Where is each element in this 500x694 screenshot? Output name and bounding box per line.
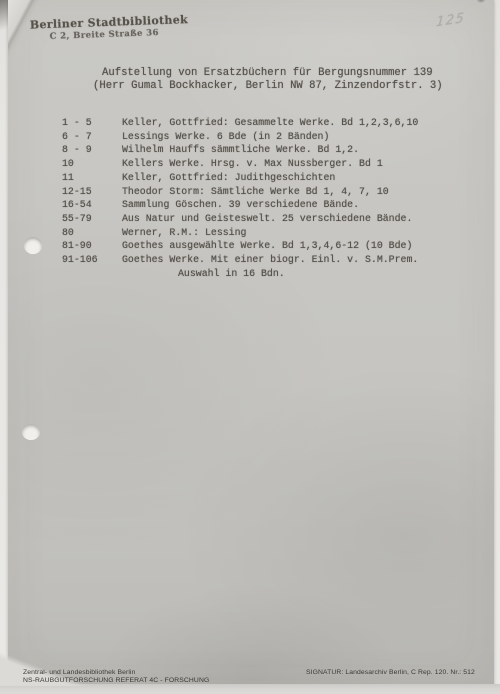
list-entry: 91-106Goethes Werke. Mit einer biogr. Ei… <box>62 253 418 280</box>
book-list: 1 - 5Keller, Gottfried: Gesammelte Werke… <box>62 116 418 280</box>
entry-description: Keller, Gottfried: Judithgeschichten <box>122 171 335 185</box>
list-entry: 81-90Goethes ausgewählte Werke. Bd 1,3,4… <box>62 239 418 253</box>
entry-range: 91-106 <box>62 253 122 280</box>
entry-description: Theodor Storm: Sämtliche Werke Bd 1, 4, … <box>122 185 389 199</box>
entry-description: Keller, Gottfried: Gesammelte Werke. Bd … <box>122 116 418 130</box>
entry-description-continuation: Auswahl in 16 Bdn. <box>122 267 418 281</box>
entry-range: 11 <box>62 171 122 185</box>
entry-range: 12-15 <box>62 185 122 199</box>
handwritten-page-number: 125 <box>436 11 466 31</box>
entry-range: 1 - 5 <box>62 116 122 130</box>
entry-range: 16-54 <box>62 198 122 212</box>
document-page: Berliner Stadtbibliothek C 2, Breite Str… <box>8 0 494 686</box>
entry-range: 8 - 9 <box>62 143 122 157</box>
footer-signature: SIGNATUR: Landesarchiv Berlin, C Rep. 12… <box>306 669 475 677</box>
punch-hole-top <box>24 237 42 254</box>
library-stamp: Berliner Stadtbibliothek C 2, Breite Str… <box>30 13 179 42</box>
document-title: Aufstellung von Ersatzbüchern für Bergun… <box>93 67 443 93</box>
list-entry: 10Kellers Werke. Hrsg. v. Max Nussberger… <box>62 157 418 171</box>
entry-range: 80 <box>62 226 122 240</box>
entry-description: Aus Natur und Geisteswelt. 25 verschiede… <box>122 212 412 226</box>
list-entry: 80Werner, R.M.: Lessing <box>62 226 418 240</box>
footer-institution: Zentral- und Landesbibliothek Berlin <box>23 669 209 677</box>
top-edge-mark <box>476 0 486 5</box>
list-entry: 11Keller, Gottfried: Judithgeschichten <box>62 171 418 185</box>
list-entry: 55-79Aus Natur und Geisteswelt. 25 versc… <box>62 212 418 226</box>
list-entry: 6 - 7Lessings Werke. 6 Bde (in 2 Bänden) <box>62 130 418 144</box>
list-entry: 16-54Sammlung Göschen. 39 verschiedene B… <box>62 198 418 212</box>
entry-description: Wilhelm Hauffs sämmtliche Werke. Bd 1,2. <box>122 143 359 157</box>
punch-hole-bottom <box>22 424 40 440</box>
entry-range: 55-79 <box>62 212 122 226</box>
entry-range: 6 - 7 <box>62 130 122 144</box>
title-line1: Aufstellung von Ersatzbüchern für Bergun… <box>102 67 443 80</box>
list-entry: 1 - 5Keller, Gottfried: Gesammelte Werke… <box>62 116 418 130</box>
entry-range: 81-90 <box>62 239 122 253</box>
entry-description: Goethes ausgewählte Werke. Bd 1,3,4,6-12… <box>122 239 412 253</box>
title-line2: (Herr Gumal Bockhacker, Berlin NW 87, Zi… <box>93 80 443 93</box>
scanned-document: Berliner Stadtbibliothek C 2, Breite Str… <box>0 0 500 694</box>
entry-description: Goethes Werke. Mit einer biogr. Einl. v.… <box>122 253 418 280</box>
entry-description: Lessings Werke. 6 Bde (in 2 Bänden) <box>122 130 329 144</box>
footer-department: NS-RAUBGUTFORSCHUNG REFERAT 4C - FORSCHU… <box>23 677 209 685</box>
entry-range: 10 <box>62 157 122 171</box>
entry-description: Sammlung Göschen. 39 verschiedene Bände. <box>122 198 359 212</box>
footer-institution-block: Zentral- und Landesbibliothek Berlin NS-… <box>23 669 209 684</box>
entry-description: Werner, R.M.: Lessing <box>122 226 246 240</box>
list-entry: 12-15Theodor Storm: Sämtliche Werke Bd 1… <box>62 185 418 199</box>
entry-description: Kellers Werke. Hrsg. v. Max Nussberger. … <box>122 157 383 171</box>
list-entry: 8 - 9Wilhelm Hauffs sämmtliche Werke. Bd… <box>62 143 418 157</box>
